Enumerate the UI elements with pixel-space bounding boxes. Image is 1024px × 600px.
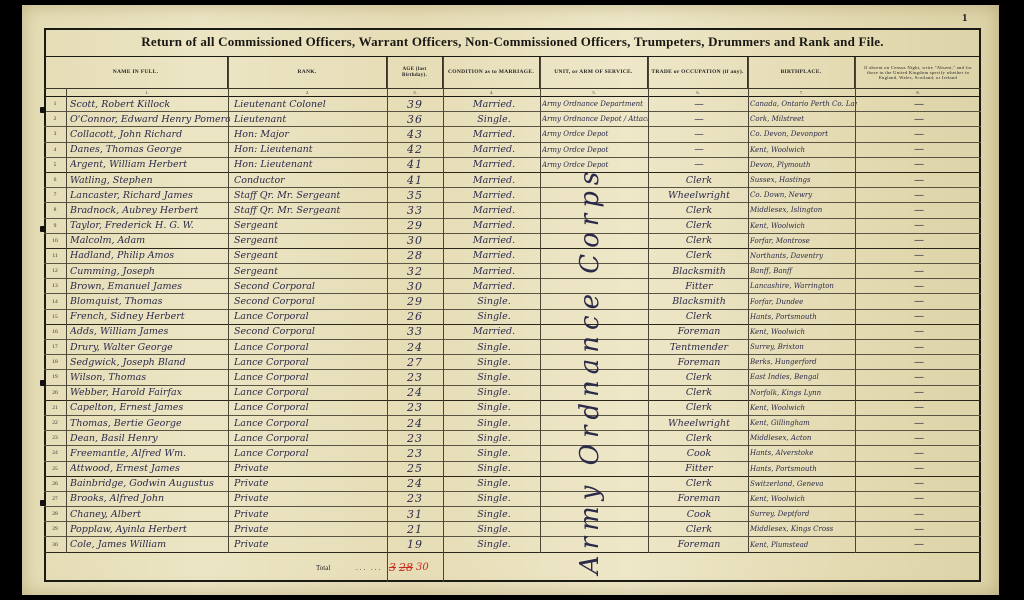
table-row: 20Webber, Harold FairfaxLance Corporal24…: [44, 386, 981, 401]
cell-rank: Lieutenant Colonel: [234, 97, 386, 111]
cell-age: 23: [387, 401, 443, 415]
table-row: 28Chaney, AlbertPrivate31Single.CookSurr…: [44, 507, 981, 522]
header-condition: CONDITION as to MARRIAGE.: [443, 57, 540, 88]
cell-rank: Sergeant: [234, 234, 386, 248]
table-row: 8Bradnock, Aubrey HerbertStaff Qr. Mr. S…: [44, 203, 981, 218]
cell-rank: Conductor: [234, 173, 386, 187]
cell-condition: Single.: [449, 310, 539, 324]
cell-trade: Clerk: [650, 234, 748, 248]
cell-trade: Clerk: [650, 219, 748, 233]
cell-name: Collacott, John Richard: [70, 127, 230, 141]
cell-absent: —: [857, 340, 981, 354]
cell-name: Attwood, Ernest James: [70, 462, 230, 476]
census-rows: 1Scott, Robert KillockLieutenant Colonel…: [44, 97, 981, 553]
cell-no: 6: [44, 173, 66, 187]
table-row: 1Scott, Robert KillockLieutenant Colonel…: [44, 97, 981, 112]
table-row: 6Watling, StephenConductor41Married.Cler…: [44, 173, 981, 188]
cell-condition: Single.: [449, 477, 539, 491]
total-row: Total ... ... 3 28 30: [44, 553, 981, 582]
cell-rank: Staff Qr. Mr. Sergeant: [234, 203, 386, 217]
cell-age: 27: [387, 355, 443, 369]
cell-no: 3: [44, 127, 66, 141]
colnum-5: 5.: [540, 88, 648, 97]
table-row: 5Argent, William HerbertHon: Lieutenant4…: [44, 158, 981, 173]
cell-rank: Lance Corporal: [234, 370, 386, 384]
cell-rank: Staff Qr. Mr. Sergeant: [234, 188, 386, 202]
cell-rank: Sergeant: [234, 249, 386, 263]
cell-birthplace: Hants, Portsmouth: [750, 462, 857, 476]
cell-condition: Single.: [449, 446, 539, 460]
cell-condition: Single.: [449, 416, 539, 430]
cell-age: 23: [387, 370, 443, 384]
cell-condition: Single.: [449, 340, 539, 354]
cell-age: 24: [387, 416, 443, 430]
cell-age: 41: [387, 158, 443, 172]
cell-age: 42: [387, 143, 443, 157]
cell-birthplace: Middlesex, Kings Cross: [750, 522, 857, 536]
cell-absent: —: [857, 325, 981, 339]
cell-absent: —: [857, 416, 981, 430]
cell-no: 4: [44, 143, 66, 157]
cell-rank: Sergeant: [234, 264, 386, 278]
cell-condition: Single.: [449, 431, 539, 445]
cell-absent: —: [857, 462, 981, 476]
cell-birthplace: East Indies, Bengal: [750, 370, 857, 384]
cell-birthplace: Kent, Woolwich: [750, 325, 857, 339]
cell-trade: Tentmender: [650, 340, 748, 354]
table-row: 3Collacott, John RichardHon: Major43Marr…: [44, 127, 981, 142]
cell-trade: Clerk: [650, 249, 748, 263]
total-dots: ... ...: [356, 553, 382, 582]
cell-no: 25: [44, 462, 66, 476]
column-rule: [648, 57, 649, 553]
binding-mark: [40, 226, 46, 232]
cell-birthplace: Co. Down, Newry: [750, 188, 857, 202]
table-row: 21Capelton, Ernest JamesLance Corporal23…: [44, 401, 981, 416]
table-row: 14Blomquist, ThomasSecond Corporal29Sing…: [44, 294, 981, 309]
cell-absent: —: [857, 173, 981, 187]
cell-age: 31: [387, 507, 443, 521]
header-age: AGE (last Birthday).: [387, 57, 443, 88]
cell-age: 30: [387, 279, 443, 293]
cell-birthplace: Kent, Woolwich: [750, 401, 857, 415]
cell-age: 26: [387, 310, 443, 324]
colnum-1: 1.: [66, 88, 228, 97]
cell-condition: Married.: [449, 97, 539, 111]
cell-name: Capelton, Ernest James: [70, 401, 230, 415]
cell-rank: Lance Corporal: [234, 310, 386, 324]
cell-rank: Second Corporal: [234, 325, 386, 339]
cell-birthplace: Surrey, Deptford: [750, 507, 857, 521]
cell-trade: Wheelwright: [650, 416, 748, 430]
column-rule: [228, 57, 229, 553]
cell-trade: Clerk: [650, 431, 748, 445]
cell-condition: Married.: [449, 203, 539, 217]
cell-no: 20: [44, 386, 66, 400]
cell-condition: Single.: [449, 112, 539, 126]
table-row: 7Lancaster, Richard JamesStaff Qr. Mr. S…: [44, 188, 981, 203]
cell-no: 2: [44, 112, 66, 126]
cell-birthplace: Middlesex, Islington: [750, 203, 857, 217]
cell-age: 29: [387, 294, 443, 308]
cell-absent: —: [857, 279, 981, 293]
cell-condition: Single.: [449, 355, 539, 369]
cell-birthplace: Northants, Daventry: [750, 249, 857, 263]
cell-birthplace: Forfar, Dundee: [750, 294, 857, 308]
binding-mark: [40, 500, 46, 506]
cell-age: 21: [387, 522, 443, 536]
cell-name: Argent, William Herbert: [70, 158, 230, 172]
cell-no: 1: [44, 97, 66, 111]
cell-birthplace: Cork, Milstreet: [750, 112, 857, 126]
cell-condition: Married.: [449, 264, 539, 278]
cell-name: Wilson, Thomas: [70, 370, 230, 384]
cell-trade: Clerk: [650, 386, 748, 400]
cell-condition: Single.: [449, 462, 539, 476]
cell-absent: —: [857, 446, 981, 460]
cell-trade: Wheelwright: [650, 188, 748, 202]
cell-no: 7: [44, 188, 66, 202]
cell-rank: Private: [234, 492, 386, 506]
cell-absent: —: [857, 143, 981, 157]
cell-birthplace: Norfolk, Kings Lynn: [750, 386, 857, 400]
cell-name: Freemantle, Alfred Wm.: [70, 446, 230, 460]
cell-birthplace: Forfar, Montrose: [750, 234, 857, 248]
cell-rank: Lieutenant: [234, 112, 386, 126]
cell-trade: Cook: [650, 507, 748, 521]
table-row: 29Popplaw, Ayinla HerbertPrivate21Single…: [44, 522, 981, 537]
header-unit: UNIT, or ARM OF SERVICE.: [540, 57, 648, 88]
cell-name: Watling, Stephen: [70, 173, 230, 187]
cell-trade: —: [650, 112, 748, 126]
header-rank: RANK.: [228, 57, 387, 88]
table-row: 24Freemantle, Alfred Wm.Lance Corporal23…: [44, 446, 981, 461]
cell-condition: Single.: [449, 492, 539, 506]
column-rule: [748, 57, 749, 553]
cell-name: Hadland, Philip Amos: [70, 249, 230, 263]
column-rule: [387, 57, 388, 553]
cell-birthplace: Berks, Hungerford: [750, 355, 857, 369]
cell-absent: —: [857, 477, 981, 491]
cell-age: 23: [387, 431, 443, 445]
header-trade: TRADE or OCCUPATION (if any).: [648, 57, 748, 88]
cell-age: 24: [387, 340, 443, 354]
table-row: 11Hadland, Philip AmosSergeant28Married.…: [44, 249, 981, 264]
cell-name: Malcolm, Adam: [70, 234, 230, 248]
cell-absent: —: [857, 234, 981, 248]
cell-name: Brooks, Alfred John: [70, 492, 230, 506]
table-row: 10Malcolm, AdamSergeant30Married.ClerkFo…: [44, 234, 981, 249]
cell-trade: —: [650, 158, 748, 172]
table-row: 18Sedgwick, Joseph BlandLance Corporal27…: [44, 355, 981, 370]
cell-unit: Army Ordce Depot: [542, 143, 648, 157]
cell-unit: Army Ordnance Depot / Attached to A.O. D…: [542, 112, 648, 126]
cell-absent: —: [857, 294, 981, 308]
cell-condition: Single.: [449, 370, 539, 384]
cell-name: Blomquist, Thomas: [70, 294, 230, 308]
cell-rank: Lance Corporal: [234, 401, 386, 415]
column-rule: [443, 57, 444, 553]
cell-name: Scott, Robert Killock: [70, 97, 230, 111]
colnum-8: 8.: [855, 88, 981, 97]
cell-age: 30: [387, 234, 443, 248]
table-row: 16Adds, William JamesSecond Corporal33Ma…: [44, 325, 981, 340]
cell-trade: Clerk: [650, 370, 748, 384]
cell-trade: Foreman: [650, 492, 748, 506]
cell-trade: Blacksmith: [650, 294, 748, 308]
cell-condition: Single.: [449, 401, 539, 415]
table-row: 22Thomas, Bertie GeorgeLance Corporal24S…: [44, 416, 981, 431]
cell-trade: —: [650, 143, 748, 157]
table-row: 2O'Connor, Edward Henry PomeroyLieutenan…: [44, 112, 981, 127]
cell-absent: —: [857, 249, 981, 263]
cell-birthplace: Kent, Plumstead: [750, 537, 857, 551]
cell-age: 28: [387, 249, 443, 263]
cell-age: 33: [387, 325, 443, 339]
cell-no: 14: [44, 294, 66, 308]
table-row: 23Dean, Basil HenryLance Corporal23Singl…: [44, 431, 981, 446]
cell-absent: —: [857, 522, 981, 536]
cell-trade: Clerk: [650, 310, 748, 324]
table-row: 4Danes, Thomas GeorgeHon: Lieutenant42Ma…: [44, 143, 981, 158]
cell-condition: Single.: [449, 522, 539, 536]
cell-no: 29: [44, 522, 66, 536]
total-label: Total: [316, 553, 330, 582]
unit-vertical-text: Army Ordnance Corps: [575, 166, 605, 574]
cell-birthplace: Lancashire, Warrington: [750, 279, 857, 293]
cell-rank: Lance Corporal: [234, 340, 386, 354]
header-birthplace: BIRTHPLACE.: [748, 57, 855, 88]
cell-no: 21: [44, 401, 66, 415]
cell-age: 33: [387, 203, 443, 217]
cell-absent: —: [857, 219, 981, 233]
cell-name: Cumming, Joseph: [70, 264, 230, 278]
cell-name: Danes, Thomas George: [70, 143, 230, 157]
colnum-6: 6.: [648, 88, 748, 97]
column-rule: [66, 88, 67, 553]
colnum-3: 3.: [387, 88, 443, 97]
cell-age: 32: [387, 264, 443, 278]
cell-condition: Single.: [449, 386, 539, 400]
column-rule: [443, 553, 444, 582]
total-struck-1: 3: [389, 561, 396, 574]
table-row: 25Attwood, Ernest JamesPrivate25Single.F…: [44, 462, 981, 477]
cell-age: 41: [387, 173, 443, 187]
cell-rank: Hon: Lieutenant: [234, 158, 386, 172]
cell-trade: Clerk: [650, 173, 748, 187]
cell-no: 12: [44, 264, 66, 278]
total-value: 3 28 30: [389, 553, 429, 582]
cell-no: 30: [44, 537, 66, 551]
cell-rank: Hon: Lieutenant: [234, 143, 386, 157]
table-row: 13Brown, Emanuel JamesSecond Corporal30M…: [44, 279, 981, 294]
cell-birthplace: Middlesex, Acton: [750, 431, 857, 445]
cell-age: 39: [387, 97, 443, 111]
cell-condition: Married.: [449, 219, 539, 233]
unit-vertical-annotation: Army Ordnance Corps: [560, 175, 620, 565]
cell-name: Thomas, Bertie George: [70, 416, 230, 430]
cell-absent: —: [857, 386, 981, 400]
cell-name: Taylor, Frederick H. G. W.: [70, 219, 230, 233]
cell-no: 17: [44, 340, 66, 354]
cell-birthplace: Kent, Woolwich: [750, 492, 857, 506]
page-number: 1: [962, 12, 968, 24]
cell-age: 19: [387, 537, 443, 551]
cell-age: 25: [387, 462, 443, 476]
cell-name: Sedgwick, Joseph Bland: [70, 355, 230, 369]
cell-no: 8: [44, 203, 66, 217]
cell-birthplace: Kent, Woolwich: [750, 143, 857, 157]
cell-absent: —: [857, 127, 981, 141]
cell-no: 18: [44, 355, 66, 369]
cell-condition: Married.: [449, 127, 539, 141]
cell-condition: Married.: [449, 143, 539, 157]
cell-birthplace: Canada, Ontario Perth Co. Lanark: [750, 97, 857, 111]
cell-name: Chaney, Albert: [70, 507, 230, 521]
cell-name: Bainbridge, Godwin Augustus: [70, 477, 230, 491]
cell-condition: Single.: [449, 537, 539, 551]
binding-mark: [40, 107, 46, 113]
cell-trade: —: [650, 97, 748, 111]
cell-no: 22: [44, 416, 66, 430]
cell-no: 9: [44, 219, 66, 233]
cell-no: 24: [44, 446, 66, 460]
cell-birthplace: Sussex, Hastings: [750, 173, 857, 187]
table-row: 26Bainbridge, Godwin AugustusPrivate24Si…: [44, 477, 981, 492]
table-row: 27Brooks, Alfred JohnPrivate23Single.For…: [44, 492, 981, 507]
column-rule: [387, 553, 388, 582]
cell-trade: Foreman: [650, 325, 748, 339]
cell-name: Lancaster, Richard James: [70, 188, 230, 202]
cell-age: 35: [387, 188, 443, 202]
colnum-7: 7.: [748, 88, 855, 97]
cell-name: Brown, Emanuel James: [70, 279, 230, 293]
cell-absent: —: [857, 188, 981, 202]
cell-condition: Married.: [449, 158, 539, 172]
cell-trade: —: [650, 127, 748, 141]
form-title: Return of all Commissioned Officers, War…: [44, 28, 981, 57]
cell-name: Adds, William James: [70, 325, 230, 339]
cell-unit: Army Ordce Depot: [542, 127, 648, 141]
cell-absent: —: [857, 370, 981, 384]
table-row: 9Taylor, Frederick H. G. W.Sergeant29Mar…: [44, 219, 981, 234]
cell-no: 5: [44, 158, 66, 172]
cell-absent: —: [857, 355, 981, 369]
cell-trade: Cook: [650, 446, 748, 460]
cell-no: 11: [44, 249, 66, 263]
cell-absent: —: [857, 112, 981, 126]
cell-no: 19: [44, 370, 66, 384]
cell-rank: Lance Corporal: [234, 416, 386, 430]
cell-trade: Blacksmith: [650, 264, 748, 278]
cell-absent: —: [857, 264, 981, 278]
cell-rank: Hon: Major: [234, 127, 386, 141]
cell-trade: Clerk: [650, 401, 748, 415]
cell-age: 24: [387, 386, 443, 400]
cell-unit: Army Ordnance Department: [542, 97, 648, 111]
cell-birthplace: Kent, Woolwich: [750, 219, 857, 233]
cell-trade: Clerk: [650, 203, 748, 217]
header-name: NAME IN FULL.: [44, 57, 228, 88]
table-row: 30Cole, James WilliamPrivate19Single.For…: [44, 537, 981, 552]
total-final: 30: [416, 562, 429, 573]
cell-trade: Clerk: [650, 477, 748, 491]
cell-absent: —: [857, 537, 981, 551]
cell-rank: Private: [234, 537, 386, 551]
cell-birthplace: Hants, Portsmouth: [750, 310, 857, 324]
cell-rank: Sergeant: [234, 219, 386, 233]
cell-absent: —: [857, 203, 981, 217]
cell-name: Dean, Basil Henry: [70, 431, 230, 445]
cell-absent: —: [857, 507, 981, 521]
cell-birthplace: Surrey, Brixton: [750, 340, 857, 354]
cell-age: 43: [387, 127, 443, 141]
cell-age: 23: [387, 492, 443, 506]
cell-rank: Private: [234, 507, 386, 521]
cell-absent: —: [857, 310, 981, 324]
cell-absent: —: [857, 97, 981, 111]
cell-rank: Private: [234, 477, 386, 491]
cell-rank: Lance Corporal: [234, 386, 386, 400]
cell-absent: —: [857, 158, 981, 172]
cell-condition: Married.: [449, 173, 539, 187]
cell-birthplace: Devon, Plymouth: [750, 158, 857, 172]
cell-no: 23: [44, 431, 66, 445]
cell-condition: Married.: [449, 188, 539, 202]
cell-absent: —: [857, 431, 981, 445]
colnum-2: 2.: [228, 88, 387, 97]
cell-trade: Foreman: [650, 355, 748, 369]
table-row: 12Cumming, JosephSergeant32Married.Black…: [44, 264, 981, 279]
cell-name: Webber, Harold Fairfax: [70, 386, 230, 400]
cell-trade: Clerk: [650, 522, 748, 536]
cell-condition: Married.: [449, 249, 539, 263]
cell-birthplace: Switzerland, Geneva: [750, 477, 857, 491]
cell-trade: Fitter: [650, 279, 748, 293]
cell-birthplace: Hants, Alverstoke: [750, 446, 857, 460]
table-row: 15French, Sidney HerbertLance Corporal26…: [44, 310, 981, 325]
cell-rank: Private: [234, 522, 386, 536]
cell-age: 23: [387, 446, 443, 460]
cell-absent: —: [857, 401, 981, 415]
cell-no: 16: [44, 325, 66, 339]
cell-no: 10: [44, 234, 66, 248]
cell-age: 29: [387, 219, 443, 233]
cell-condition: Married.: [449, 325, 539, 339]
cell-rank: Private: [234, 462, 386, 476]
cell-rank: Lance Corporal: [234, 446, 386, 460]
cell-trade: Foreman: [650, 537, 748, 551]
cell-rank: Lance Corporal: [234, 431, 386, 445]
cell-age: 36: [387, 112, 443, 126]
cell-age: 24: [387, 477, 443, 491]
cell-trade: Fitter: [650, 462, 748, 476]
cell-birthplace: Co. Devon, Devonport: [750, 127, 857, 141]
cell-name: O'Connor, Edward Henry Pomeroy: [70, 112, 230, 126]
binding-mark: [40, 380, 46, 386]
cell-birthplace: Kent, Gillingham: [750, 416, 857, 430]
cell-rank: Second Corporal: [234, 279, 386, 293]
cell-condition: Single.: [449, 507, 539, 521]
cell-condition: Married.: [449, 234, 539, 248]
cell-name: Bradnock, Aubrey Herbert: [70, 203, 230, 217]
cell-condition: Single.: [449, 294, 539, 308]
cell-name: Drury, Walter George: [70, 340, 230, 354]
cell-name: Popplaw, Ayinla Herbert: [70, 522, 230, 536]
column-rule: [855, 57, 856, 553]
cell-no: 27: [44, 492, 66, 506]
cell-name: Cole, James William: [70, 537, 230, 551]
